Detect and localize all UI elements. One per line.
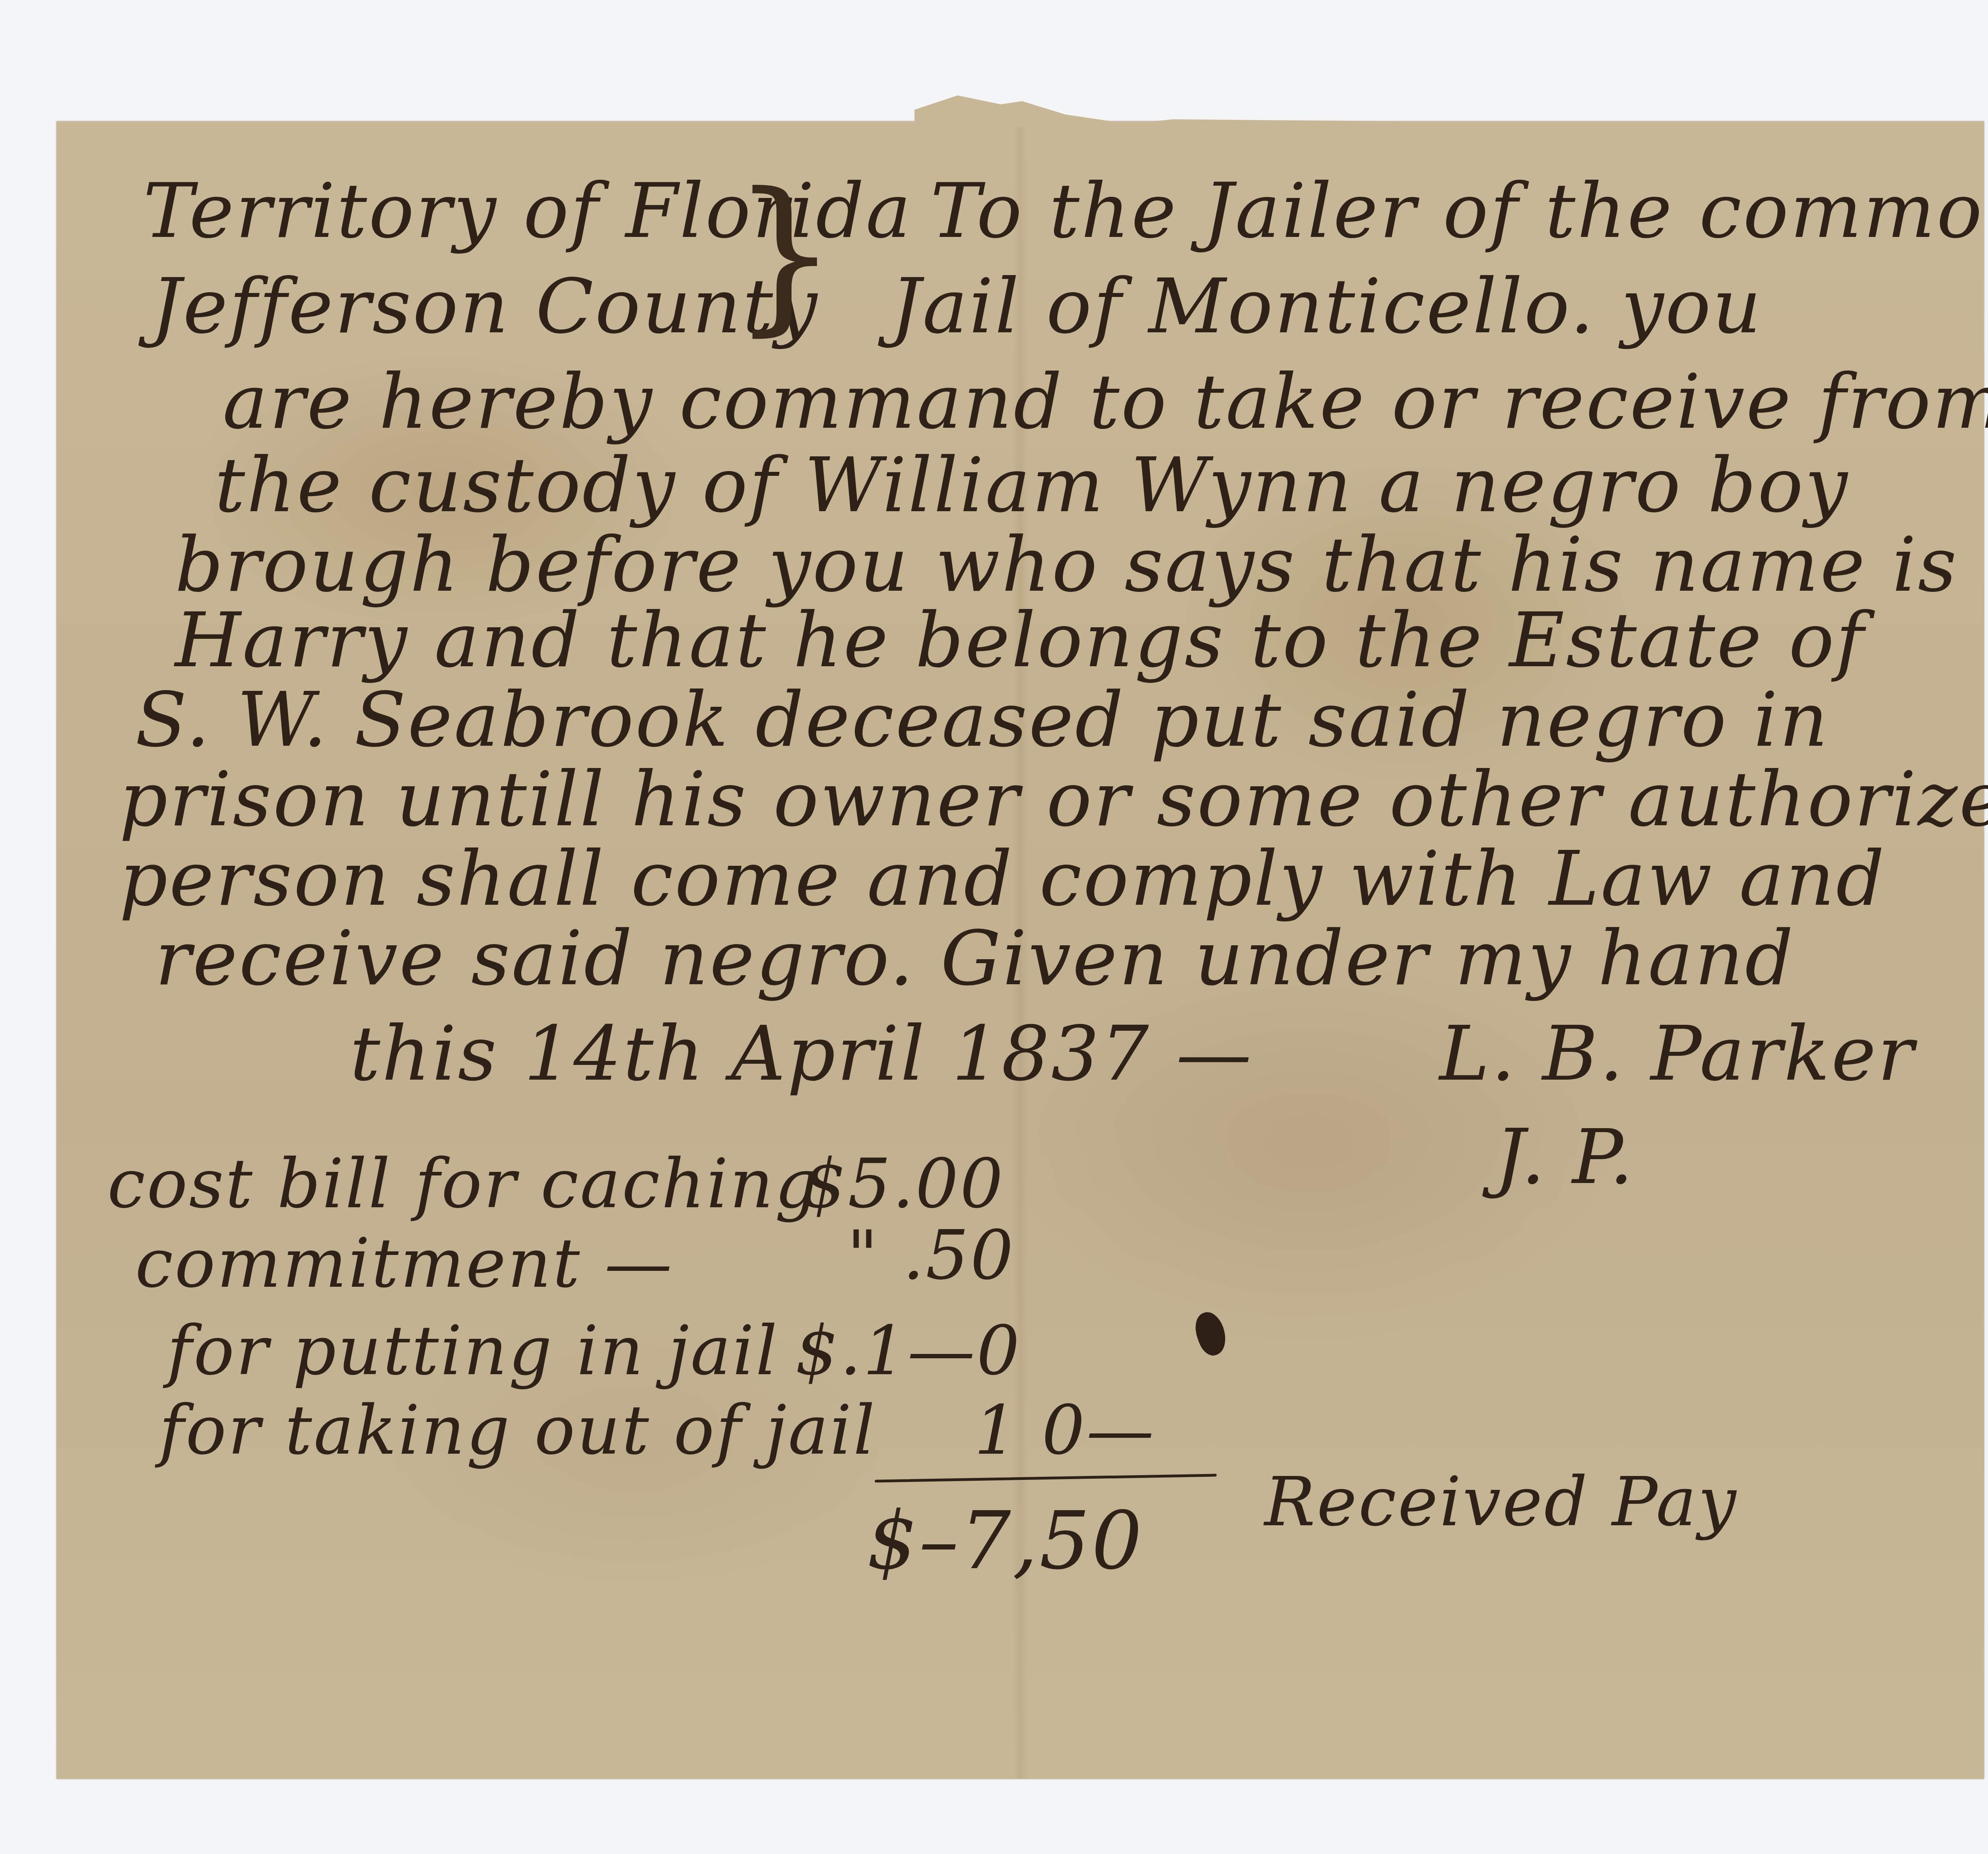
bill-item-label: cost bill for caching (107, 1145, 820, 1224)
body-line: are hereby command to take or receive fr… (223, 358, 1988, 446)
signature-title: J. P. (1495, 1113, 1635, 1201)
body-line: Harry and that he belongs to the Estate … (175, 596, 1866, 684)
heading-addressee-2: Jail of Monticello. you (891, 262, 1763, 350)
body-line: prison untill his owner or some other au… (119, 755, 1988, 843)
bill-item-amount: $5.00 (803, 1145, 1005, 1224)
body-line: person shall come and comply with Law an… (119, 835, 1886, 923)
bill-item-label: commitment — (135, 1224, 674, 1303)
heading-county: Jefferson County (151, 262, 819, 350)
date-line: this 14th April 1837 — (350, 1010, 1253, 1098)
bracket-icon: } (732, 171, 838, 338)
body-line: receive said negro. Given under my hand (155, 914, 1795, 1002)
signature-name: L. B. Parker (1439, 1010, 1915, 1098)
bill-item-amount: " .50 (847, 1216, 1015, 1295)
received-pay-note: Received Pay (1264, 1463, 1738, 1542)
body-line: S. W. Seabrook deceased put said negro i… (135, 676, 1829, 764)
body-line: the custody of William Wynn a negro boy (215, 441, 1849, 529)
body-line: brough before you who says that his name… (175, 521, 1958, 609)
bill-item-amount: 1 0— (974, 1391, 1155, 1470)
heading-addressee-1: To the Jailer of the common (930, 167, 1988, 255)
bill-item-label: for putting in jail (167, 1312, 779, 1390)
bill-total: $–7,50 (867, 1495, 1144, 1587)
bill-item-amount: $.1—0 (795, 1312, 1021, 1390)
bill-item-label: for taking out of jail (159, 1391, 876, 1470)
